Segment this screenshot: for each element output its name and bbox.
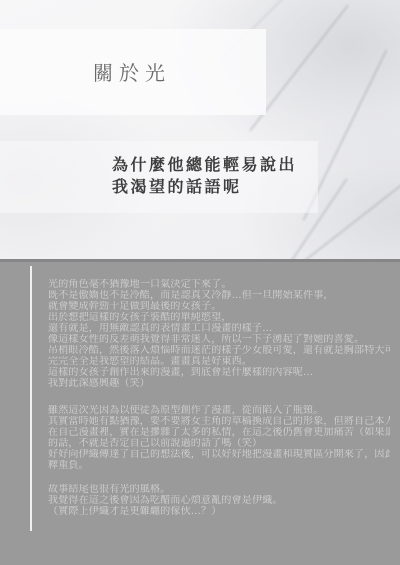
subtitle: 為什麼他總能輕易說出 我渴望的話語呢	[112, 155, 297, 199]
subtitle-line-2: 我渴望的話語呢	[112, 177, 297, 199]
paragraph-line: 在自己漫畫裡，實在是摻雜了太多的私情，在這之後仍舊會更加痛苦（如果退縮	[48, 427, 390, 438]
paragraph-line: 像這樣女性的反差萌我覺得非常迷人，所以一下子湧起了對她的喜愛。	[48, 334, 390, 345]
paragraph-1: 光的角色毫不猶豫地一口氣決定下來了。 既不是傲嬌也不是冷酷，而是認真又冷靜…但一…	[48, 279, 390, 389]
accent-vertical-line	[30, 266, 32, 531]
paragraph-line: 還有就是，用無敵認真的表情畫工口漫畫的樣子…	[48, 323, 390, 334]
paragraph-line: （實際上伊織才是更難纏的傢伙…？）	[48, 506, 390, 517]
paragraph-line: 的話，不就是否定自己以前說過的話了嗎（笑）	[48, 438, 390, 449]
subtitle-line-1: 為什麼他總能輕易說出	[112, 155, 297, 177]
paragraph-line: 好好向伊織傳達了自己的想法後，可以好好地把漫畫和現實區分開來了，因此如	[48, 449, 390, 460]
paragraph-line: 既不是傲嬌也不是冷酷，而是認真又冷靜…但一旦開始某件事，	[48, 290, 390, 301]
paragraph-line: 我對此深感興趣（笑）	[48, 378, 390, 389]
paragraph-2: 雖然這次光因為以使徒為原型創作了漫畫，從而陷入了瓶頸。 其實當時她有點猶豫，要不…	[48, 405, 390, 471]
paragraph-line: 光的角色毫不猶豫地一口氣決定下來了。	[48, 279, 390, 290]
paragraph-line: 釋重負。	[48, 460, 390, 471]
text-panel: 光的角色毫不猶豫地一口氣決定下來了。 既不是傲嬌也不是冷酷，而是認真又冷靜…但一…	[0, 259, 400, 565]
paragraph-line: 我覺得在這之後會因為吃醋而心煩意亂的會是伊織。	[48, 495, 390, 506]
paragraph-line: 吊梢眼冷酷，然後落入煩惱時而迷茫的樣子少女般可愛，還有就是胸部特大可愛。	[48, 345, 390, 356]
paragraph-line: 故事結尾也很有光的風格。	[48, 484, 390, 495]
paragraph-line: 雖然這次光因為以使徒為原型創作了漫畫，從而陷入了瓶頸。	[48, 405, 390, 416]
paragraph-line: 完完全全是我慾望的結晶。畫畫真是好東西。	[48, 356, 390, 367]
paragraph-3: 故事結尾也很有光的風格。 我覺得在這之後會因為吃醋而心煩意亂的會是伊織。 （實際…	[48, 484, 390, 517]
page-title: 關於光	[93, 57, 171, 86]
paragraph-line: 出於想把這樣的女孩子裝酷的單純慾望，	[48, 312, 390, 323]
page: { "title": { "text": "關於光" }, "subtitle"…	[0, 0, 400, 565]
paragraph-line: 這樣的女孩子創作出來的漫畫，到底會是什麼樣的內容呢…	[48, 367, 390, 378]
paragraph-line: 就會變成幹勁十足做到最後的女孩子。	[48, 301, 390, 312]
paragraph-line: 其實當時她有點猶豫，要不要將女主角的草稿換成自己的形象，但將自己本人投影	[48, 416, 390, 427]
